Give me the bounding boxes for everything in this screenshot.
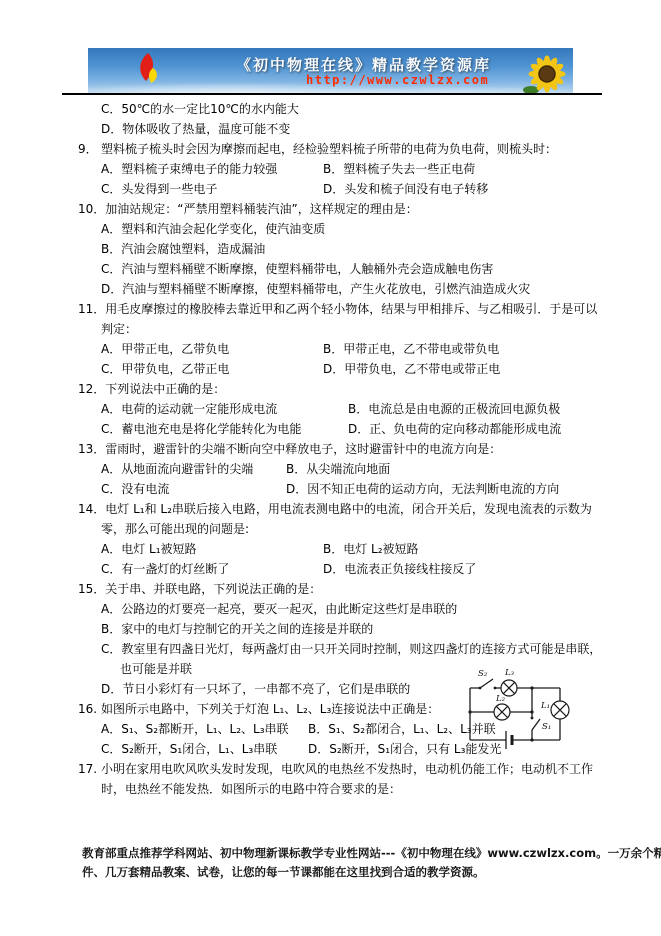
leading-option: C．50℃的水一定比10℃的水内能大 (78, 99, 583, 119)
switch-s2-icon (479, 687, 482, 690)
option: A．从地面流向避雷针的尖端 (101, 459, 286, 479)
option: C．有一盏灯的灯丝断了 (101, 559, 323, 579)
lamp-l1-icon (551, 701, 569, 719)
option: B．塑料梳子失去一些正电荷 (323, 162, 475, 176)
question-17: 17.小明在家用电吹风吹头发时发现，电吹风的电热丝不发热时，电动机仍能工作；电动… (78, 759, 583, 799)
option-row: A．塑料梳子束缚电子的能力较强B．塑料梳子失去一些正电荷 (78, 159, 583, 179)
question-9: 9．塑料梳子梳头时会因为摩擦而起电，经检验塑料梳子所带的电荷为负电荷，则梳头时：… (78, 139, 583, 199)
question-stem-line: 15．关于串、并联电路，下列说法正确的是： (78, 579, 583, 599)
question-stem-line: 11．用毛皮摩擦过的橡胶棒去靠近甲和乙两个轻小物体，结果与甲相排斥、与乙相吸引．… (78, 299, 583, 319)
question-11: 11．用毛皮摩擦过的橡胶棒去靠近甲和乙两个轻小物体，结果与甲相排斥、与乙相吸引．… (78, 299, 583, 379)
option: D．正、负电荷的定向移动都能形成电流 (348, 422, 561, 436)
question-number: 9． (78, 139, 101, 159)
option: A．甲带正电，乙带负电 (101, 339, 323, 359)
stem-text: 时，电热丝不能发热．如图所示的电路中符合要求的是： (101, 782, 401, 796)
question-stem-line: 零，那么可能出现的问题是: (78, 519, 583, 539)
option-row: A．从地面流向避雷针的尖端B．从尖端流向地面 (78, 459, 583, 479)
exam-page: 《初中物理在线》精品教学资源库 http://www.czwlzx.com (0, 0, 661, 936)
question-10: 10．加油站规定：“严禁用塑料桶装汽油”，这样规定的理由是：A．塑料和汽油会起化… (78, 199, 583, 299)
option: C．汽油与塑料桶壁不断摩擦，使塑料桶带电，人触桶外壳会造成触电伤害 (101, 259, 493, 279)
label-l2: L₂ (495, 694, 506, 704)
option: A．电灯 L₁被短路 (101, 539, 323, 559)
option: B．家中的电灯与控制它的开关之间的连接是并联的 (101, 619, 373, 639)
stem-text: 塑料梳子梳头时会因为摩擦而起电，经检验塑料梳子所带的电荷为负电荷，则梳头时： (101, 142, 557, 156)
question-12: 12．下列说法中正确的是：A．电荷的运动就一定能形成电流B．电流总是由电源的正极… (78, 379, 583, 439)
stem-text: 零，那么可能出现的问题是: (101, 522, 249, 536)
option-row: C．头发得到一些电子D．头发和梳子间没有电子转移 (78, 179, 583, 199)
question-stem-line: 16.如图所示电路中，下列关于灯泡 L₁、L₂、L₃连接说法中正确是： (78, 699, 450, 719)
option-row: C．汽油与塑料桶壁不断摩擦，使塑料桶带电，人触桶外壳会造成触电伤害 (78, 259, 583, 279)
question-number: 11． (78, 299, 105, 319)
option: D．汽油与塑料桶壁不断摩擦，使塑料桶带电，产生火花放电，引燃汽油造成火灾 (101, 279, 530, 299)
option-row: C．有一盏灯的灯丝断了D．电流表正负接线柱接反了 (78, 559, 583, 579)
option-row: A．塑料和汽油会起化学变化，使汽油变质 (78, 219, 583, 239)
option: B．电流总是由电源的正极流回电源负极 (348, 402, 560, 416)
question-stem-line: 判定： (78, 319, 583, 339)
question-14: 14．电灯 L₁和 L₂串联后接入电路，用电流表测电路中的电流，闭合开关后，发现… (78, 499, 583, 579)
option: C．蓄电池充电是将化学能转化为电能 (101, 419, 348, 439)
question-stem-line: 时，电热丝不能发热．如图所示的电路中符合要求的是： (78, 779, 583, 799)
option: C．S₂断开，S₁闭合，L₁、L₃串联 (101, 739, 308, 759)
site-banner: 《初中物理在线》精品教学资源库 http://www.czwlzx.com (88, 48, 573, 93)
stem-text: 判定： (101, 322, 137, 336)
option-row: A．S₁、S₂都断开，L₁、L₂、L₃串联B．S₁、S₂都闭合，L₁、L₂、L₃… (78, 719, 473, 739)
question-number: 14． (78, 499, 105, 519)
option-row: B．汽油会腐蚀塑料，造成漏油 (78, 239, 583, 259)
label-l3: L₃ (504, 668, 515, 678)
option: C．头发得到一些电子 (101, 179, 323, 199)
stem-text: 如图所示电路中，下列关于灯泡 L₁、L₂、L₃连接说法中正确是： (101, 702, 439, 716)
option: D．节日小彩灯有一只坏了，一串都不亮了，它们是串联的 (101, 679, 410, 699)
question-number: 12． (78, 379, 105, 399)
switch-s1-icon (531, 717, 534, 720)
option: C．教室里有四盏日光灯，每两盏灯由一只开关同时控制，则这四盏灯的连接方式可能是串… (101, 639, 601, 659)
question-stem-line: 12．下列说法中正确的是： (78, 379, 583, 399)
option: A．S₁、S₂都断开，L₁、L₂、L₃串联 (101, 719, 308, 739)
question-stem-line: 14．电灯 L₁和 L₂串联后接入电路，用电流表测电路中的电流，闭合开关后，发现… (78, 499, 583, 519)
header-rule (62, 93, 602, 95)
option: D．电流表正负接线柱接反了 (323, 562, 476, 576)
footer-line: 教育部重点推荐学科网站、初中物理新课标教学专业性网站---《初中物理在线》www… (82, 844, 642, 863)
lamp-l2-icon (494, 704, 510, 720)
option: C．没有电流 (101, 479, 286, 499)
sunflower-icon (523, 52, 569, 93)
footer-line: 件、几万套精品教案、试卷，让您的每一节课都能在这里找到合适的教学资源。 (82, 863, 642, 882)
question-stem-line: 10．加油站规定：“严禁用塑料桶装汽油”，这样规定的理由是： (78, 199, 583, 219)
option-row: A．甲带正电，乙带负电B．甲带正电，乙不带电或带负电 (78, 339, 583, 359)
option-row: C．甲带负电，乙带正电D．甲带负电，乙不带电或带正电 (78, 359, 583, 379)
option: B．汽油会腐蚀塑料，造成漏油 (101, 239, 265, 259)
option-row: A．公路边的灯要亮一起亮，要灭一起灭，由此断定这些灯是串联的 (78, 599, 583, 619)
stem-text: 电灯 L₁和 L₂串联后接入电路，用电流表测电路中的电流，闭合开关后，发现电流表… (105, 502, 592, 516)
option: 也可能是并联 (120, 659, 192, 679)
option-row: C．没有电流D．因不知正电荷的运动方向，无法判断电流的方向 (78, 479, 583, 499)
flame-logo-icon (132, 50, 162, 90)
stem-text: 下列说法中正确的是： (105, 382, 225, 396)
option: B．电灯 L₂被短路 (323, 542, 419, 556)
question-number: 10． (78, 199, 105, 219)
option-row: B．家中的电灯与控制它的开关之间的连接是并联的 (78, 619, 583, 639)
question-stem-line: 9．塑料梳子梳头时会因为摩擦而起电，经检验塑料梳子所带的电荷为负电荷，则梳头时： (78, 139, 583, 159)
option: A．塑料梳子束缚电子的能力较强 (101, 159, 323, 179)
option-row: C．教室里有四盏日光灯，每两盏灯由一只开关同时控制，则这四盏灯的连接方式可能是串… (78, 639, 583, 659)
question-13: 13．雷雨时，避雷针的尖端不断向空中释放电子，这时避雷针中的电流方向是：A．从地… (78, 439, 583, 499)
circuit-diagram-q16: S₂ L₃ L₂ L₁ S₁ (456, 666, 580, 762)
label-s1: S₁ (542, 722, 551, 732)
question-number: 15． (78, 579, 105, 599)
option-row: A．电荷的运动就一定能形成电流B．电流总是由电源的正极流回电源负极 (78, 399, 583, 419)
option: A．电荷的运动就一定能形成电流 (101, 399, 348, 419)
label-s2: S₂ (478, 669, 488, 679)
option: D．因不知正电荷的运动方向，无法判断电流的方向 (286, 482, 559, 496)
stem-text: 雷雨时，避雷针的尖端不断向空中释放电子，这时避雷针中的电流方向是： (105, 442, 501, 456)
option: D．甲带负电，乙不带电或带正电 (323, 362, 500, 376)
question-number: 13． (78, 439, 105, 459)
option: A．公路边的灯要亮一起亮，要灭一起灭，由此断定这些灯是串联的 (101, 599, 457, 619)
page-footer: 教育部重点推荐学科网站、初中物理新课标教学专业性网站---《初中物理在线》www… (82, 844, 642, 882)
label-l1: L₁ (540, 701, 550, 711)
option: A．塑料和汽油会起化学变化，使汽油变质 (101, 219, 325, 239)
question-stem-line: 13．雷雨时，避雷针的尖端不断向空中释放电子，这时避雷针中的电流方向是： (78, 439, 583, 459)
option-row: A．电灯 L₁被短路B．电灯 L₂被短路 (78, 539, 583, 559)
battery-icon (506, 731, 512, 749)
stem-text: 加油站规定：“严禁用塑料桶装汽油”，这样规定的理由是： (105, 202, 417, 216)
option: C．甲带负电，乙带正电 (101, 359, 323, 379)
stem-text: 用毛皮摩擦过的橡胶棒去靠近甲和乙两个轻小物体，结果与甲相排斥、与乙相吸引．于是可… (105, 302, 597, 316)
question-number: 17. (78, 759, 101, 779)
stem-text: 小明在家用电吹风吹头发时发现，电吹风的电热丝不发热时，电动机仍能工作；电动机不工… (101, 762, 593, 776)
grass-icon (523, 86, 539, 93)
option: D．头发和梳子间没有电子转移 (323, 182, 488, 196)
option-row: C．S₂断开，S₁闭合，L₁、L₃串联D．S₂断开，S₁闭合，只有 L₃能发光 (78, 739, 473, 759)
option-row: C．蓄电池充电是将化学能转化为电能D．正、负电荷的定向移动都能形成电流 (78, 419, 583, 439)
banner-url: http://www.czwlzx.com (306, 73, 489, 87)
question-number: 16. (78, 699, 101, 719)
banner-title: 《初中物理在线》精品教学资源库 (236, 54, 491, 75)
option-row: D．汽油与塑料桶壁不断摩擦，使塑料桶带电，产生火花放电，引燃汽油造成火灾 (78, 279, 583, 299)
option: B．甲带正电，乙不带电或带负电 (323, 342, 499, 356)
leading-option: D．物体吸收了热量，温度可能不变 (78, 119, 583, 139)
stem-text: 关于串、并联电路，下列说法正确的是： (105, 582, 321, 596)
option: B．从尖端流向地面 (286, 462, 390, 476)
